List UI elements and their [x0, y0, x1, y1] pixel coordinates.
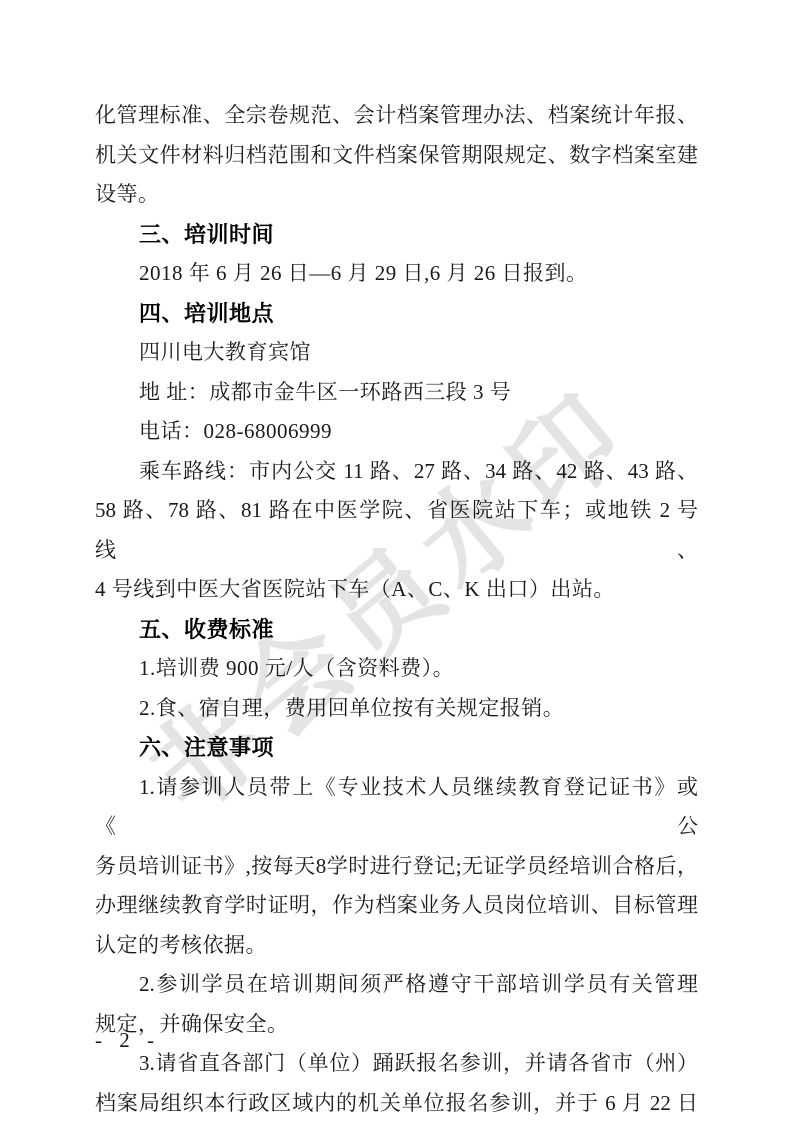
- note-1-line-2: 务员培训证书》,按每天8学时进行登记;无证学员经培训合格后，: [95, 847, 698, 887]
- venue-phone-line: 电话：028-68006999: [95, 412, 698, 452]
- fee-item-2-line: 2.食、宿自理，费用回单位按有关规定报销。: [95, 689, 698, 729]
- bus-route-line-3: 4 号线到中医大省医院站下车（A、C、K 出口）出站。: [95, 570, 698, 610]
- training-dates-line: 2018 年 6 月 26 日—6 月 29 日,6 月 26 日报到。: [95, 254, 698, 294]
- bus-route-line-2: 58 路、78 路、81 路在中医学院、省医院站下车；或地铁 2 号线、: [95, 491, 698, 570]
- heading-section-3-training-time: 三、培训时间: [95, 215, 698, 255]
- note-1-line-1: 1.请参训人员带上《专业技术人员继续教育登记证书》或《公: [95, 768, 698, 847]
- note-1-line-3: 办理继续教育学时证明，作为档案业务人员岗位培训、目标管理: [95, 886, 698, 926]
- note-2-line-1: 2.参训学员在培训期间须严格遵守干部培训学员有关管理: [95, 965, 698, 1005]
- note-1-line-4: 认定的考核依据。: [95, 926, 698, 966]
- paragraph-continuation-line-2: 机关文件材料归档范围和文件档案保管期限规定、数字档案室建: [95, 136, 698, 176]
- document-page: 非会员水印 化管理标准、全宗卷规范、会计档案管理办法、档案统计年报、 机关文件材…: [0, 0, 793, 1122]
- venue-address-line: 地 址：成都市金牛区一环路西三段 3 号: [95, 373, 698, 413]
- heading-section-5-fee-standard: 五、收费标准: [95, 610, 698, 650]
- page-number: - 2 -: [95, 1028, 160, 1053]
- paragraph-continuation-line-3: 设等。: [95, 175, 698, 215]
- note-3-line-1: 3.请省直各部门（单位）踊跃报名参训，并请各省市（州）: [95, 1044, 698, 1084]
- note-2-line-2: 规定，并确保安全。: [95, 1005, 698, 1045]
- document-body: 化管理标准、全宗卷规范、会计档案管理办法、档案统计年报、 机关文件材料归档范围和…: [95, 96, 698, 1122]
- heading-section-4-training-location: 四、培训地点: [95, 294, 698, 334]
- heading-section-6-notes: 六、注意事项: [95, 728, 698, 768]
- bus-route-line-1: 乘车路线：市内公交 11 路、27 路、34 路、42 路、43 路、: [95, 452, 698, 492]
- fee-item-1-line: 1.培训费 900 元/人（含资料费）。: [95, 649, 698, 689]
- paragraph-continuation-line-1: 化管理标准、全宗卷规范、会计档案管理办法、档案统计年报、: [95, 96, 698, 136]
- note-3-line-2: 档案局组织本行政区域内的机关单位报名参训，并于 6 月 22 日: [95, 1084, 698, 1122]
- venue-name-line: 四川电大教育宾馆: [95, 333, 698, 373]
